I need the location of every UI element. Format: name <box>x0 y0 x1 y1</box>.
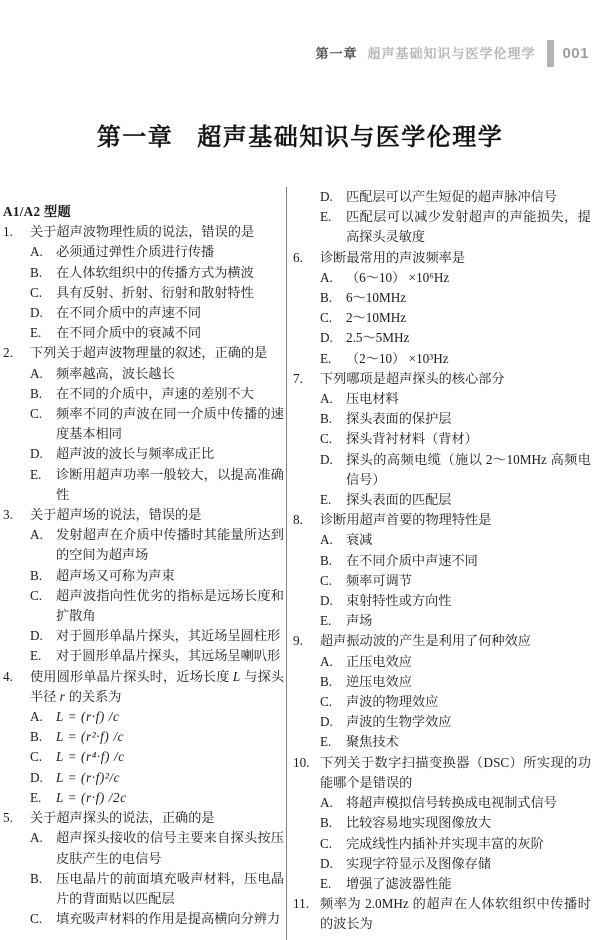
option-letter: A. <box>30 242 56 262</box>
option-text: 探头表面的保护层 <box>346 409 591 429</box>
option-row: E.增强了滤波器性能 <box>320 874 591 894</box>
stem-segment: L <box>233 669 241 684</box>
option-row: E.聚焦技术 <box>320 732 591 752</box>
question-body: 下列关于超声波物理量的叙述，正确的是A.频率越高，波长越长B.在不同的介质中，声… <box>30 343 284 505</box>
option-letter: B. <box>30 869 56 909</box>
header-page-number: 001 <box>562 46 589 61</box>
option-letter: A. <box>320 530 346 550</box>
option-row: D.超声波的波长与频率成正比 <box>30 444 284 464</box>
option-row: C.频率可调节 <box>320 571 591 591</box>
option-text: 将超声模拟信号转换成电视制式信号 <box>346 793 591 813</box>
option-letter: D. <box>320 450 346 490</box>
option-text: 压电晶片的前面填充吸声材料，压电晶片的背面贴以匹配层 <box>56 869 284 909</box>
option-text: L = (r⁴·f) /c <box>56 747 284 767</box>
question-stem: 诊断用超声首要的物理特性是 <box>320 510 591 530</box>
option-text: 束射特性或方向性 <box>346 591 591 611</box>
option-row: C.频率不同的声波在同一介质中传播的速度基本相同 <box>30 404 284 444</box>
column-left: A1/A2 型题1.关于超声波物理性质的说法，错误的是A.必须通过弹性介质进行传… <box>3 187 284 940</box>
option-letter: E. <box>30 323 56 343</box>
option-letter: A. <box>30 707 56 727</box>
option-row: C.完成线性内插补并实现丰富的灰阶 <box>320 834 591 854</box>
option-letter: E. <box>320 611 346 631</box>
option-letter: D. <box>320 712 346 732</box>
option-letter: E. <box>320 490 346 510</box>
question-stem: 诊断最常用的声波频率是 <box>320 248 591 268</box>
question-number: 11. <box>293 894 320 934</box>
option-row: B.在人体软组织中的传播方式为横波 <box>30 263 284 283</box>
option-text: 6～10MHz <box>346 288 591 308</box>
option-letter: B. <box>30 263 56 283</box>
question-stem: 下列哪项是超声探头的核心部分 <box>320 369 591 389</box>
option-letter: D. <box>320 328 346 348</box>
question-stem: 超声振动波的产生是利用了何种效应 <box>320 631 591 651</box>
running-header: 第一章 超声基础知识与医学伦理学 001 <box>0 40 589 67</box>
chapter-title-number: 第一章 <box>97 124 174 151</box>
option-row: D.在不同介质中的声速不同 <box>30 303 284 323</box>
question-block: 10.下列关于数字扫描变换器（DSC）所实现的功能哪个是错误的A.将超声模拟信号… <box>293 753 591 894</box>
option-row: A.将超声模拟信号转换成电视制式信号 <box>320 793 591 813</box>
question-stem: 频率为 2.0MHz 的超声在人体软组织中传播时的波长为 <box>320 894 591 934</box>
option-text: 正压电效应 <box>346 652 591 672</box>
option-text: 在不同的介质中，声速的差别不大 <box>56 384 284 404</box>
question-block: 1.关于超声波物理性质的说法，错误的是A.必须通过弹性介质进行传播B.在人体软组… <box>3 222 284 343</box>
option-row: D.束射特性或方向性 <box>320 591 591 611</box>
option-text: L = (r·f) /c <box>56 707 284 727</box>
question-number: 10. <box>293 753 320 894</box>
option-row: C.探头背衬材料（背材） <box>320 429 591 449</box>
option-text: 在不同介质中声速不同 <box>346 551 591 571</box>
question-stem: 下列关于数字扫描变换器（DSC）所实现的功能哪个是错误的 <box>320 753 591 793</box>
question-block: 9.超声振动波的产生是利用了何种效应A.正压电效应B.逆压电效应C.声波的物理效… <box>293 631 591 752</box>
option-row: C.具有反射、折射、衍射和散射特性 <box>30 283 284 303</box>
option-row: E.匹配层可以减少发射超声的声能损失，提高探头灵敏度 <box>320 207 591 247</box>
option-letter: E. <box>30 465 56 505</box>
question-block: 5.关于超声探头的说法，正确的是A.超声探头接收的信号主要来自探头按压皮肤产生的… <box>3 808 284 929</box>
question-stem: 关于超声波物理性质的说法，错误的是 <box>30 222 284 242</box>
option-row: D.匹配层可以产生短促的超声脉冲信号 <box>320 187 591 207</box>
option-letter: C. <box>30 586 56 626</box>
option-letter: B. <box>30 384 56 404</box>
option-text: 比较容易地实现图像放大 <box>346 813 591 833</box>
option-text: 超声波指向性优劣的指标是远场长度和扩散角 <box>56 586 284 626</box>
question-body: 下列关于数字扫描变换器（DSC）所实现的功能哪个是错误的A.将超声模拟信号转换成… <box>320 753 591 894</box>
option-row: D.声波的生物学效应 <box>320 712 591 732</box>
option-text: 频率可调节 <box>346 571 591 591</box>
option-text: 超声探头接收的信号主要来自探头按压皮肤产生的电信号 <box>56 828 284 868</box>
option-row: D.2.5～5MHz <box>320 328 591 348</box>
option-letter: E. <box>320 207 346 247</box>
option-text: 超声波的波长与频率成正比 <box>56 444 284 464</box>
option-row: C.2～10MHz <box>320 308 591 328</box>
option-row: A.L = (r·f) /c <box>30 707 284 727</box>
option-row: C.填充吸声材料的作用是提高横向分辨力 <box>30 909 284 929</box>
question-block: 7.下列哪项是超声探头的核心部分A.压电材料B.探头表面的保护层C.探头背衬材料… <box>293 369 591 510</box>
question-number: 9. <box>293 631 320 752</box>
question-number: 8. <box>293 510 320 631</box>
option-text: 填充吸声材料的作用是提高横向分辨力 <box>56 909 284 929</box>
question-block: 6.诊断最常用的声波频率是A.（6～10） ×10⁶HzB.6～10MHzC.2… <box>293 248 591 369</box>
option-text: L = (r²·f) /c <box>56 727 284 747</box>
option-letter: C. <box>320 429 346 449</box>
option-row: A.超声探头接收的信号主要来自探头按压皮肤产生的电信号 <box>30 828 284 868</box>
option-row: B.在不同的介质中，声速的差别不大 <box>30 384 284 404</box>
option-row: D.L = (r·f)²/c <box>30 768 284 788</box>
option-text: 探头背衬材料（背材） <box>346 429 591 449</box>
option-row: D.实现字符显示及图像存储 <box>320 854 591 874</box>
option-row: B.探头表面的保护层 <box>320 409 591 429</box>
question-number: 4. <box>3 667 30 808</box>
question-number: 3. <box>3 505 30 667</box>
option-text: 在不同介质中的声速不同 <box>56 303 284 323</box>
option-letter: C. <box>320 692 346 712</box>
option-row: E.（2～10） ×10³Hz <box>320 349 591 369</box>
question-number: 7. <box>293 369 320 510</box>
option-letter: D. <box>320 854 346 874</box>
option-row: A.必须通过弹性介质进行传播 <box>30 242 284 262</box>
option-letter: D. <box>30 626 56 646</box>
option-letter: E. <box>320 874 346 894</box>
option-letter: A. <box>320 793 346 813</box>
option-text: 对于圆形单晶片探头，其远场呈喇叭形 <box>56 646 284 666</box>
stem-segment: 的关系为 <box>65 689 121 704</box>
option-letter: C. <box>30 909 56 929</box>
option-text: 实现字符显示及图像存储 <box>346 854 591 874</box>
option-text: L = (r·f) /2c <box>56 788 284 808</box>
question-block: D.匹配层可以产生短促的超声脉冲信号E.匹配层可以减少发射超声的声能损失，提高探… <box>293 187 591 248</box>
option-row: C.超声波指向性优劣的指标是远场长度和扩散角 <box>30 586 284 626</box>
option-text: 探头表面的匹配层 <box>346 490 591 510</box>
option-letter: D. <box>30 303 56 323</box>
question-number: 1. <box>3 222 30 343</box>
option-letter: C. <box>30 747 56 767</box>
option-letter: B. <box>320 551 346 571</box>
option-text: 增强了滤波器性能 <box>346 874 591 894</box>
question-stem: 关于超声场的说法，错误的是 <box>30 505 284 525</box>
option-text: 匹配层可以减少发射超声的声能损失，提高探头灵敏度 <box>346 207 591 247</box>
option-row: A.衰减 <box>320 530 591 550</box>
option-row: B.压电晶片的前面填充吸声材料，压电晶片的背面贴以匹配层 <box>30 869 284 909</box>
option-text: 压电材料 <box>346 389 591 409</box>
option-text: 聚焦技术 <box>346 732 591 752</box>
option-text: 超声场又可称为声束 <box>56 566 284 586</box>
option-text: 频率越高，波长越长 <box>56 364 284 384</box>
question-number <box>293 187 320 248</box>
option-text: 具有反射、折射、衍射和散射特性 <box>56 283 284 303</box>
option-letter: A. <box>30 828 56 868</box>
option-letter: A. <box>30 525 56 565</box>
question-body: 超声振动波的产生是利用了何种效应A.正压电效应B.逆压电效应C.声波的物理效应D… <box>320 631 591 752</box>
option-text: （6～10） ×10⁶Hz <box>346 268 591 288</box>
option-letter: D. <box>320 591 346 611</box>
option-text: 诊断用超声功率一般较大，以提高准确性 <box>56 465 284 505</box>
question-stem: 关于超声探头的说法，正确的是 <box>30 808 284 828</box>
question-body: 使用圆形单晶片探头时，近场长度 L 与探头半径 r 的关系为A.L = (r·f… <box>30 667 284 808</box>
section-type-label: A1/A2 型题 <box>3 202 284 222</box>
question-body: 诊断最常用的声波频率是A.（6～10） ×10⁶HzB.6～10MHzC.2～1… <box>320 248 591 369</box>
question-body: D.匹配层可以产生短促的超声脉冲信号E.匹配层可以减少发射超声的声能损失，提高探… <box>320 187 591 248</box>
question-block: 4.使用圆形单晶片探头时，近场长度 L 与探头半径 r 的关系为A.L = (r… <box>3 667 284 808</box>
option-text: 在不同介质中的衰减不同 <box>56 323 284 343</box>
question-block: 2.下列关于超声波物理量的叙述，正确的是A.频率越高，波长越长B.在不同的介质中… <box>3 343 284 505</box>
question-body: 频率为 2.0MHz 的超声在人体软组织中传播时的波长为 <box>320 894 591 934</box>
option-text: （2～10） ×10³Hz <box>346 349 591 369</box>
option-row: B.逆压电效应 <box>320 672 591 692</box>
option-text: 探头的高频电缆（施以 2～10MHz 高频电信号） <box>346 450 591 490</box>
content-columns: A1/A2 型题1.关于超声波物理性质的说法，错误的是A.必须通过弹性介质进行传… <box>3 187 591 940</box>
option-text: 声场 <box>346 611 591 631</box>
question-body: 诊断用超声首要的物理特性是A.衰减B.在不同介质中声速不同C.频率可调节D.束射… <box>320 510 591 631</box>
option-text: 在人体软组织中的传播方式为横波 <box>56 263 284 283</box>
option-text: 声波的物理效应 <box>346 692 591 712</box>
option-row: A.（6～10） ×10⁶Hz <box>320 268 591 288</box>
option-row: B.比较容易地实现图像放大 <box>320 813 591 833</box>
option-text: 逆压电效应 <box>346 672 591 692</box>
question-number: 5. <box>3 808 30 929</box>
option-letter: B. <box>30 727 56 747</box>
option-text: 完成线性内插补并实现丰富的灰阶 <box>346 834 591 854</box>
option-text: 衰减 <box>346 530 591 550</box>
chapter-title: 第一章超声基础知识与医学伦理学 <box>0 117 600 152</box>
option-text: 发射超声在介质中传播时其能量所达到的空间为超声场 <box>56 525 284 565</box>
option-letter: E. <box>30 788 56 808</box>
option-text: 2.5～5MHz <box>346 328 591 348</box>
option-letter: E. <box>320 349 346 369</box>
option-letter: A. <box>320 268 346 288</box>
question-body: 关于超声波物理性质的说法，错误的是A.必须通过弹性介质进行传播B.在人体软组织中… <box>30 222 284 343</box>
stem-segment: 使用圆形单晶片探头时，近场长度 <box>30 669 233 684</box>
option-letter: A. <box>320 652 346 672</box>
option-letter: D. <box>320 187 346 207</box>
option-letter: B. <box>320 288 346 308</box>
option-letter: C. <box>30 404 56 444</box>
option-row: A.频率越高，波长越长 <box>30 364 284 384</box>
option-text: 2～10MHz <box>346 308 591 328</box>
option-row: B.L = (r²·f) /c <box>30 727 284 747</box>
option-letter: E. <box>30 646 56 666</box>
option-letter: B. <box>320 409 346 429</box>
option-row: A.压电材料 <box>320 389 591 409</box>
option-text: 必须通过弹性介质进行传播 <box>56 242 284 262</box>
option-row: D.探头的高频电缆（施以 2～10MHz 高频电信号） <box>320 450 591 490</box>
question-body: 关于超声探头的说法，正确的是A.超声探头接收的信号主要来自探头按压皮肤产生的电信… <box>30 808 284 929</box>
option-row: E.对于圆形单晶片探头，其远场呈喇叭形 <box>30 646 284 666</box>
option-letter: C. <box>320 571 346 591</box>
option-text: 匹配层可以产生短促的超声脉冲信号 <box>346 187 591 207</box>
question-body: 关于超声场的说法，错误的是A.发射超声在介质中传播时其能量所达到的空间为超声场B… <box>30 505 284 667</box>
option-row: B.超声场又可称为声束 <box>30 566 284 586</box>
option-row: E.L = (r·f) /2c <box>30 788 284 808</box>
option-row: B.6～10MHz <box>320 288 591 308</box>
option-letter: B. <box>30 566 56 586</box>
question-block: 3.关于超声场的说法，错误的是A.发射超声在介质中传播时其能量所达到的空间为超声… <box>3 505 284 667</box>
header-chapter-label: 第一章 <box>315 47 357 60</box>
option-letter: C. <box>30 283 56 303</box>
option-row: D.对于圆形单晶片探头，其近场呈圆柱形 <box>30 626 284 646</box>
option-row: E.探头表面的匹配层 <box>320 490 591 510</box>
option-letter: B. <box>320 813 346 833</box>
option-row: E.在不同介质中的衰减不同 <box>30 323 284 343</box>
column-divider <box>286 187 287 940</box>
page-number-bar <box>547 40 554 67</box>
option-row: C.L = (r⁴·f) /c <box>30 747 284 767</box>
option-row: E.声场 <box>320 611 591 631</box>
option-row: A.正压电效应 <box>320 652 591 672</box>
column-right: D.匹配层可以产生短促的超声脉冲信号E.匹配层可以减少发射超声的声能损失，提高探… <box>293 187 591 940</box>
question-body: 下列哪项是超声探头的核心部分A.压电材料B.探头表面的保护层C.探头背衬材料（背… <box>320 369 591 510</box>
chapter-title-text: 超声基础知识与医学伦理学 <box>197 124 503 151</box>
option-text: 声波的生物学效应 <box>346 712 591 732</box>
question-stem: 下列关于超声波物理量的叙述，正确的是 <box>30 343 284 363</box>
header-chapter-title: 超声基础知识与医学伦理学 <box>367 47 535 60</box>
question-number: 6. <box>293 248 320 369</box>
option-letter: A. <box>320 389 346 409</box>
question-number: 2. <box>3 343 30 505</box>
option-text: 频率不同的声波在同一介质中传播的速度基本相同 <box>56 404 284 444</box>
option-text: L = (r·f)²/c <box>56 768 284 788</box>
option-row: B.在不同介质中声速不同 <box>320 551 591 571</box>
option-letter: A. <box>30 364 56 384</box>
option-letter: C. <box>320 834 346 854</box>
question-block: 11.频率为 2.0MHz 的超声在人体软组织中传播时的波长为 <box>293 894 591 934</box>
option-row: C.声波的物理效应 <box>320 692 591 712</box>
question-stem: 使用圆形单晶片探头时，近场长度 L 与探头半径 r 的关系为 <box>30 667 284 707</box>
option-letter: D. <box>30 768 56 788</box>
option-row: E.诊断用超声功率一般较大，以提高准确性 <box>30 465 284 505</box>
option-letter: C. <box>320 308 346 328</box>
option-letter: D. <box>30 444 56 464</box>
option-text: 对于圆形单晶片探头，其近场呈圆柱形 <box>56 626 284 646</box>
option-letter: B. <box>320 672 346 692</box>
question-block: 8.诊断用超声首要的物理特性是A.衰减B.在不同介质中声速不同C.频率可调节D.… <box>293 510 591 631</box>
option-row: A.发射超声在介质中传播时其能量所达到的空间为超声场 <box>30 525 284 565</box>
option-letter: E. <box>320 732 346 752</box>
